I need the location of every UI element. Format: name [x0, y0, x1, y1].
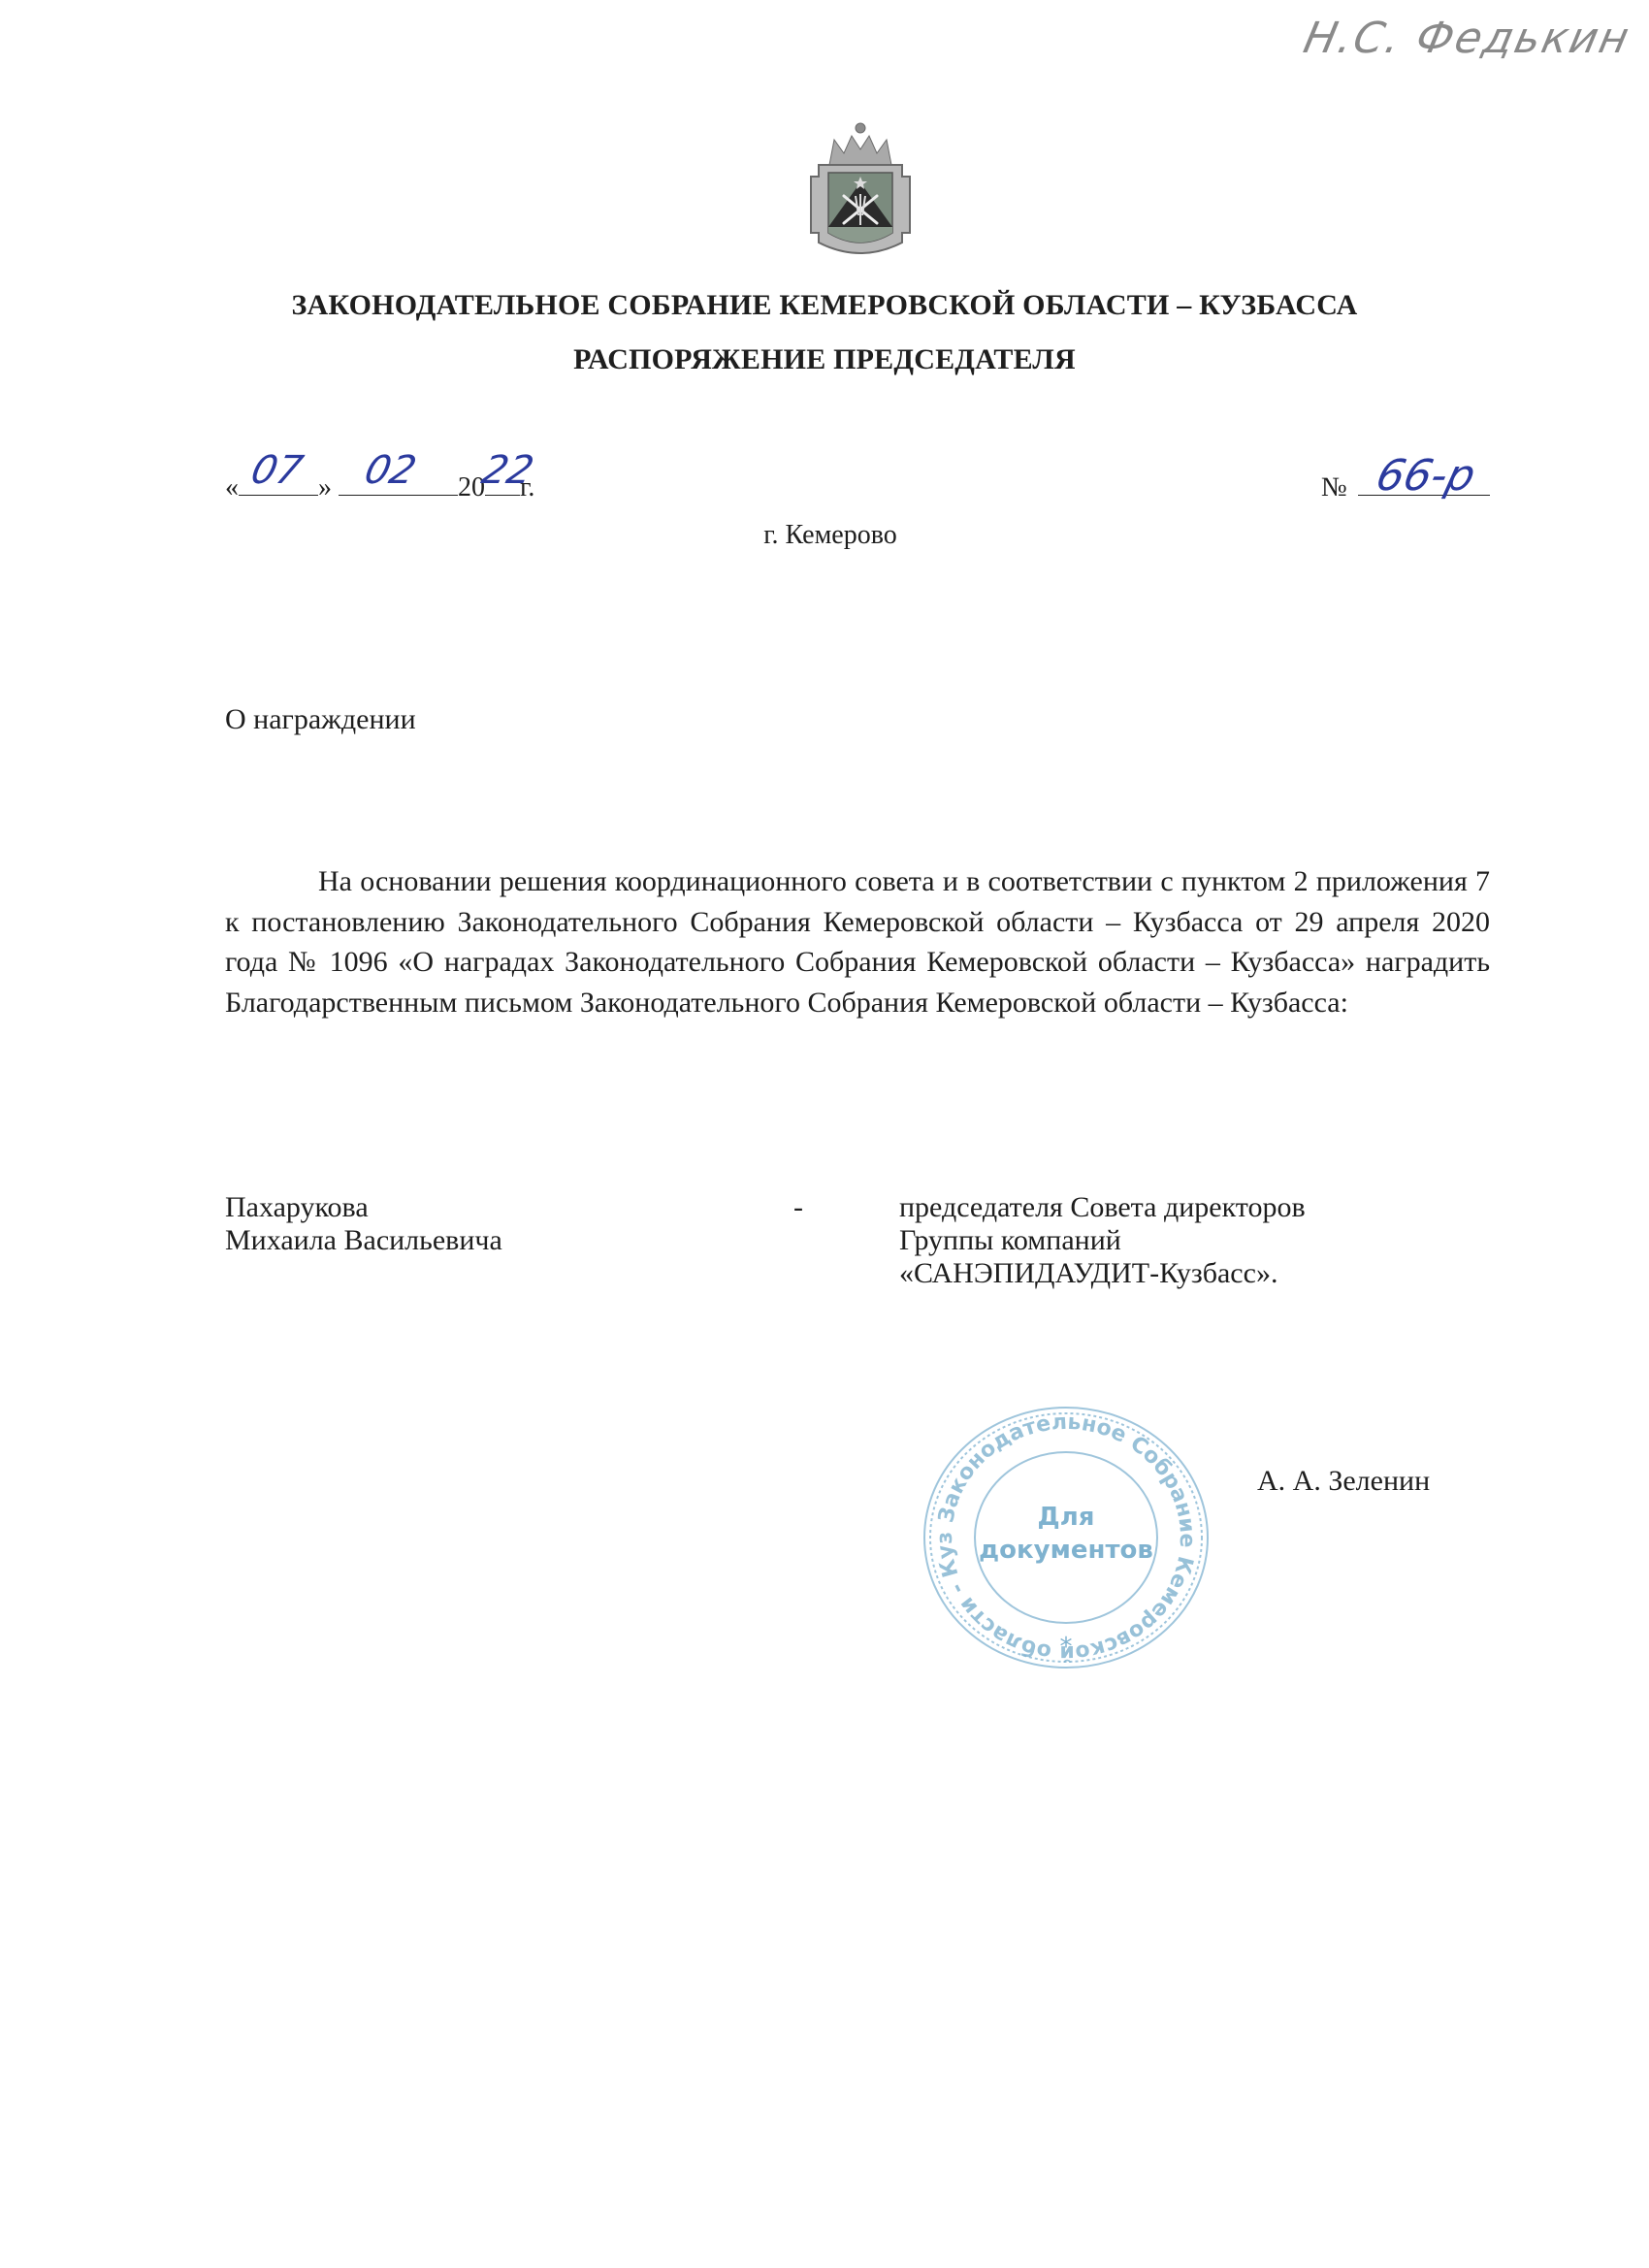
recipient-position-line1: председателя Совета директоров [899, 1191, 1306, 1224]
official-stamp: Законодательное Собрание Кемеровской обл… [908, 1401, 1224, 1674]
date-day-value: 07 [246, 448, 307, 493]
date-month-value: 02 [360, 448, 420, 493]
recipient-position-line3: «САНЭПИДАУДИТ-Кузбасс». [899, 1257, 1306, 1290]
city: г. Кемерово [0, 520, 1649, 551]
subject-line: О награждении [225, 703, 416, 736]
coat-of-arms-icon [805, 118, 916, 264]
body-paragraph: На основании решения координационного со… [225, 861, 1490, 1022]
date-close-quote: » [318, 472, 332, 502]
handwritten-note: Н.С. Федькин [1300, 14, 1635, 63]
number-label: № [1321, 472, 1347, 502]
recipient-dash: - [793, 1191, 803, 1224]
date-year-field: 22 [485, 468, 520, 496]
date-day-field: 07 [239, 468, 318, 496]
number-field: 66-р [1358, 468, 1490, 496]
document-type-title: РАСПОРЯЖЕНИЕ ПРЕДСЕДАТЕЛЯ [0, 343, 1649, 376]
document-number: № 66-р [1321, 468, 1490, 503]
date-month-field: 02 [339, 468, 458, 496]
recipient-position: председателя Совета директоров Группы ко… [899, 1191, 1306, 1290]
organization-title: ЗАКОНОДАТЕЛЬНОЕ СОБРАНИЕ КЕМЕРОВСКОЙ ОБЛ… [0, 289, 1649, 322]
document-date: «07» 022022г. [225, 468, 534, 503]
date-open-quote: « [225, 472, 239, 502]
body-text: На основании решения координационного со… [225, 861, 1490, 1022]
recipient-name: Пахарукова Михаила Васильевича [225, 1191, 502, 1257]
recipient-given-names: Михаила Васильевича [225, 1224, 502, 1257]
number-value: 66-р [1371, 451, 1480, 501]
recipient-position-line2: Группы компаний [899, 1224, 1306, 1257]
stamp-outer-text: Законодательное Собрание Кемеровской обл… [908, 1401, 1199, 1665]
stamp-star-icon: * [1060, 1633, 1073, 1662]
signatory-name: А. А. Зеленин [1257, 1465, 1430, 1498]
stamp-center-line2: документов [979, 1536, 1153, 1565]
stamp-center-line1: Для [1038, 1503, 1095, 1532]
recipient-surname: Пахарукова [225, 1191, 502, 1224]
